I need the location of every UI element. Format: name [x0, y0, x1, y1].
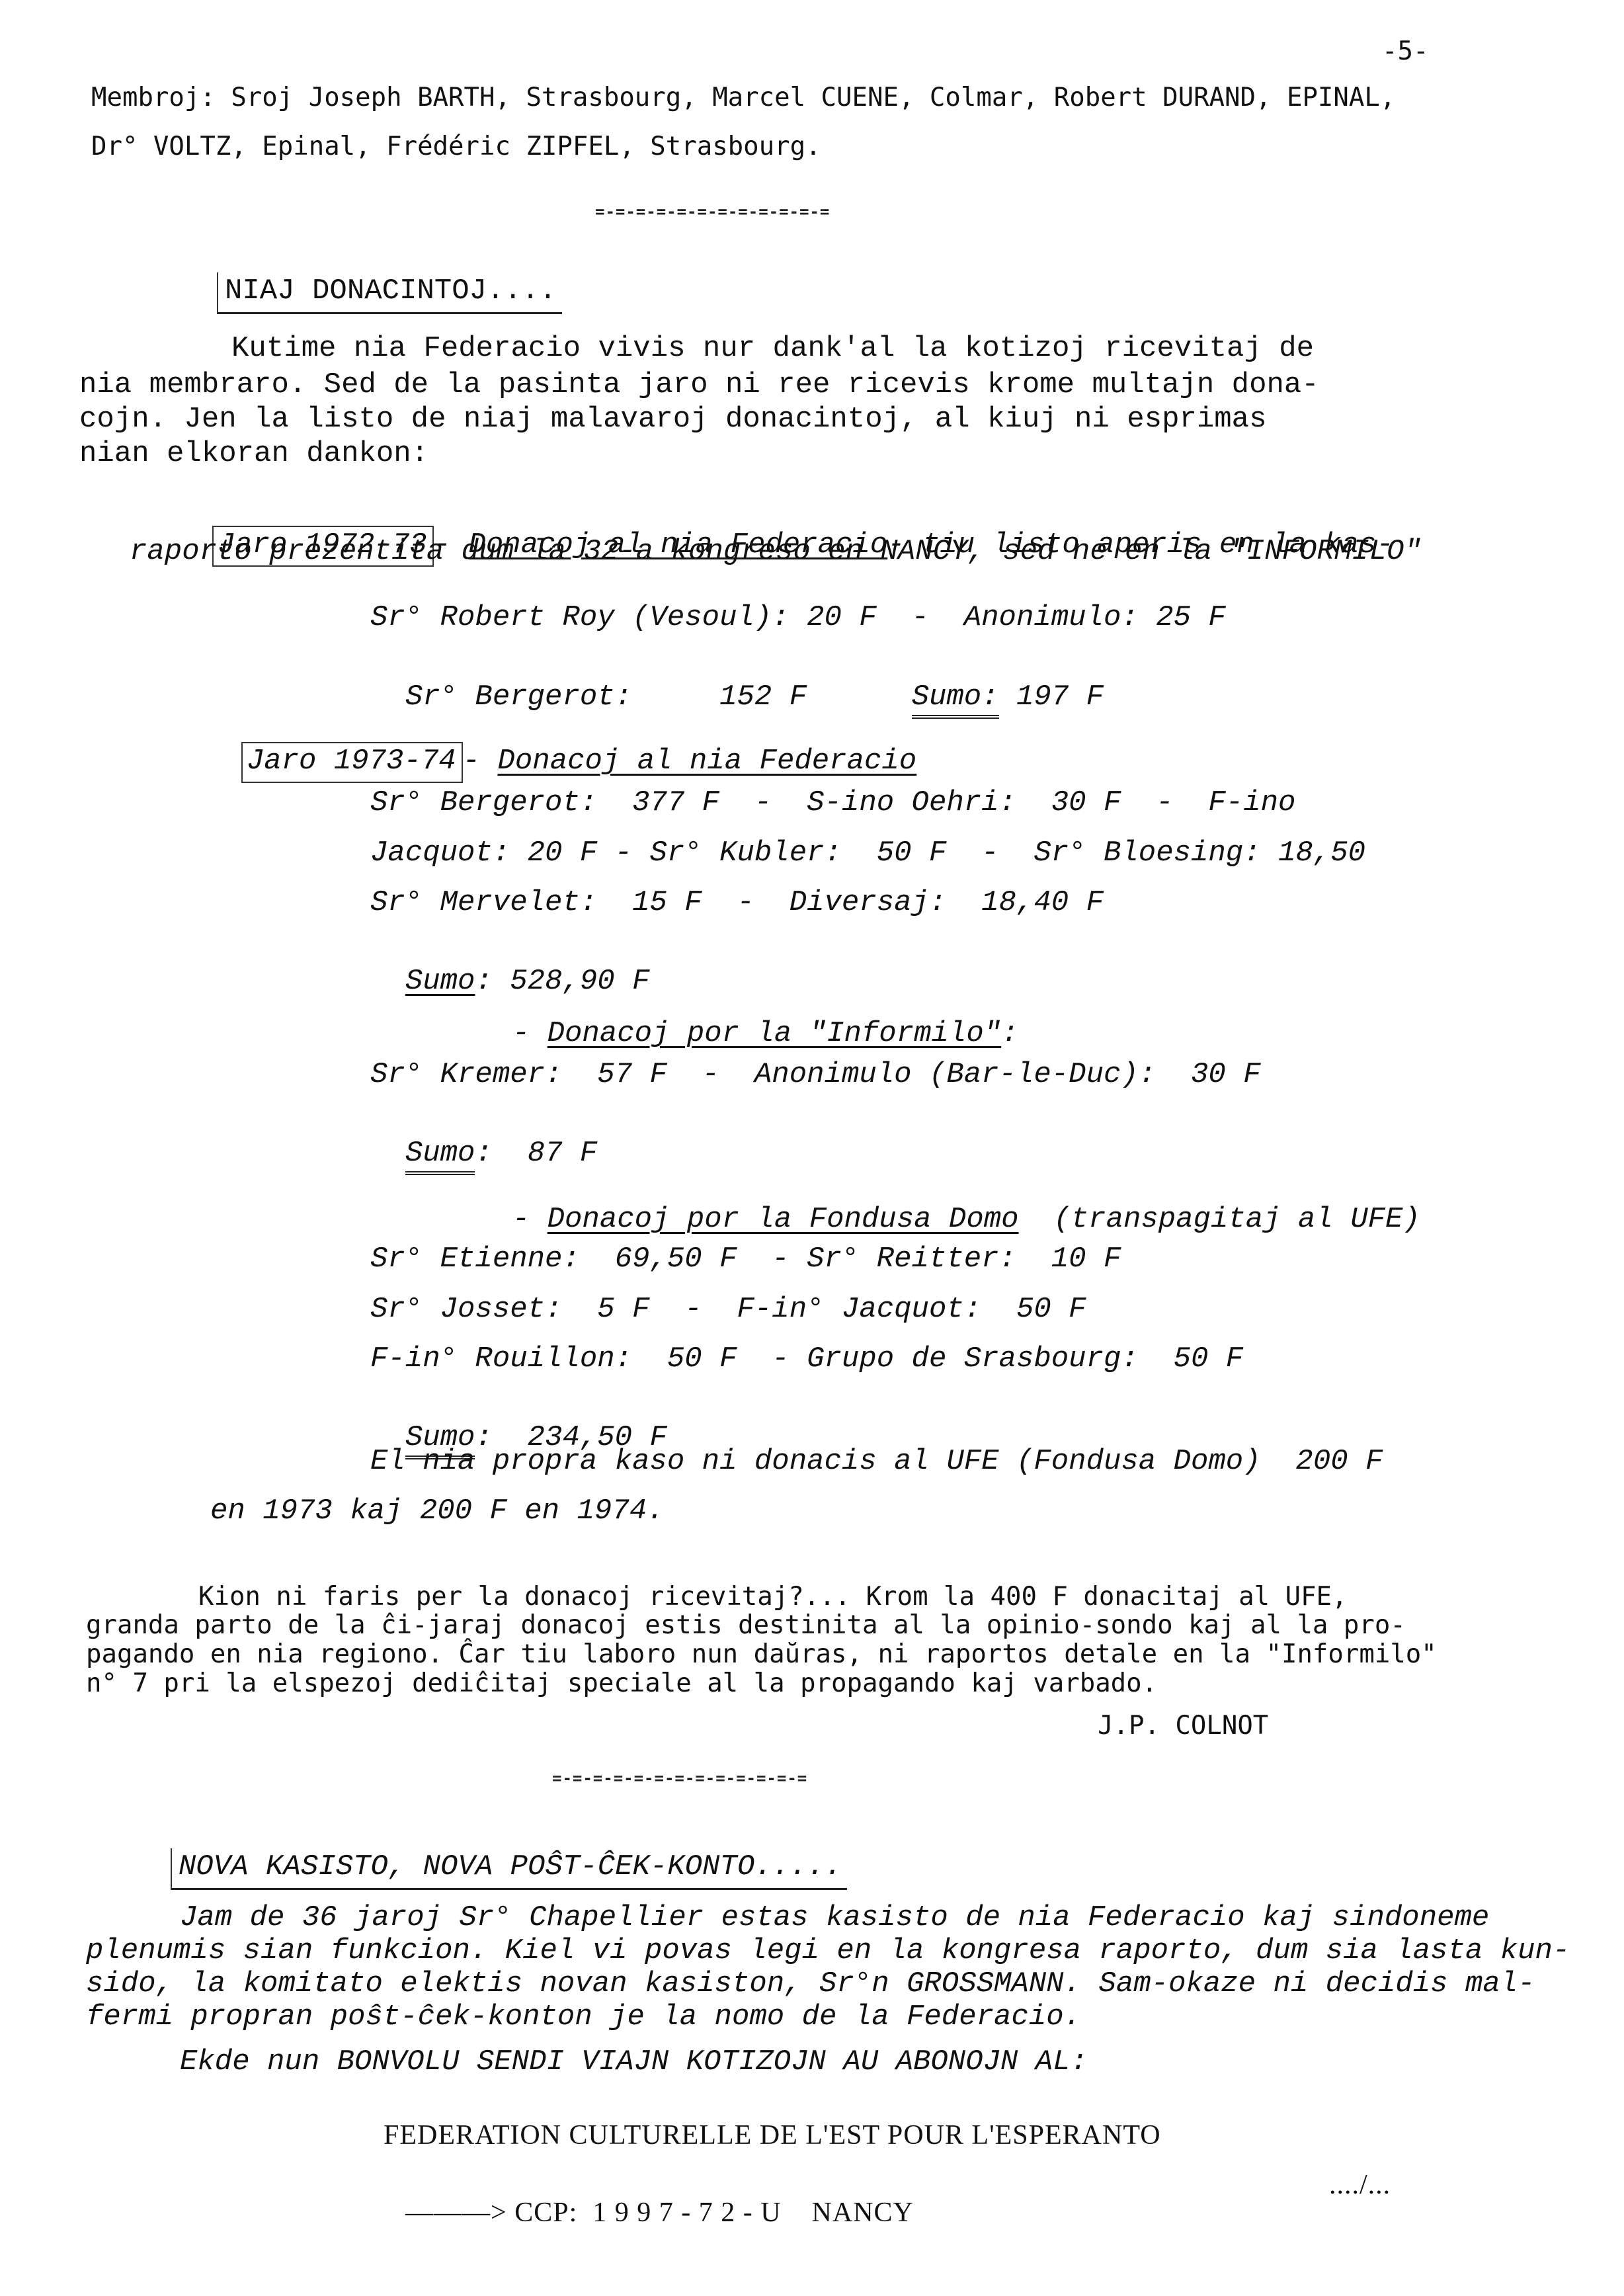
treasurer-line-3: sido, la komitato elektis novan kasiston… — [86, 1969, 1535, 1998]
informilo-title: Donacoj por la "Informilo" — [548, 1017, 1002, 1050]
informilo-line-1: Sr° Kremer: 57 F - Anonimulo (Bar-le-Duc… — [370, 1060, 1261, 1089]
year-1973-title: Donacoj al nia Federacio — [497, 745, 916, 778]
year-1973-row: Jaro 1973-74- Donacoj al nia Federacio — [206, 717, 916, 776]
donors-intro-line-1: Kutime nia Federacio vivis nur dank'al l… — [231, 334, 1314, 363]
separator-2: =-=-=-=-=-=-=-=-=-=-=-=-= — [552, 1770, 807, 1786]
informilo-sum-label: Sumo — [405, 1137, 475, 1175]
domo-dash: - — [512, 1203, 530, 1236]
usage-line-1: Kion ni faris per la donacoj ricevitaj?.… — [198, 1584, 1348, 1610]
donors-intro-line-2: nia membraro. Sed de la pasinta jaro ni … — [79, 370, 1319, 399]
usage-line-4: n° 7 pri la elspezoj dediĉitaj speciale … — [86, 1670, 1157, 1696]
domo-title: Donacoj por la Fondusa Domo — [548, 1203, 1019, 1236]
federacio-sum: Sumo: 528,90 F — [370, 938, 649, 996]
signature: J.P. COLNOT — [1098, 1713, 1268, 1739]
federacio-line-3: Sr° Mervelet: 15 F - Diversaj: 18,40 F — [370, 888, 1104, 917]
own-donation-line-1: El nia propra kaso ni donacis al UFE (Fo… — [370, 1447, 1383, 1476]
donors-intro-line-3: cojn. Jen la listo de niaj malavaroj don… — [79, 405, 1267, 434]
year-1973-label: Jaro 1973-74 — [241, 742, 463, 783]
treasurer-line-4: fermi propran poŝt-ĉek-konton je la nomo… — [86, 2002, 1081, 2031]
informilo-dash: - — [512, 1017, 530, 1050]
account-row: ———> CCP: 1 9 9 7 - 7 2 - U NANCY — [390, 2171, 914, 2227]
domo-line-3: F-in° Rouillon: 50 F - Grupo de Srasbour… — [370, 1344, 1243, 1373]
treasurer-line-2: plenumis sian funkcion. Kiel vi povas le… — [86, 1936, 1570, 1965]
domo-heading: - Donacoj por la Fondusa Domo (transpagi… — [477, 1176, 1420, 1234]
year-1973-dash: - — [463, 745, 480, 778]
treasurer-heading: NOVA KASISTO, NOVA POŜT-ĈEK-KONTO..... — [171, 1848, 847, 1890]
own-donation-line-2: en 1973 kaj 200 F en 1974. — [210, 1496, 665, 1526]
arrow-right-icon: ———> — [405, 2197, 507, 2228]
domo-sum: Sumo: 234,50 F — [370, 1394, 667, 1452]
organization-name: FEDERATION CULTURELLE DE L'EST POUR L'ES… — [384, 2121, 1161, 2149]
year-1972-sum-label: Sumo: — [912, 680, 999, 719]
domo-line-2: Sr° Josset: 5 F - F-in° Jacquot: 50 F — [370, 1295, 1086, 1324]
informilo-colon: : — [1001, 1017, 1018, 1050]
domo-note: (transpagitaj al UFE) — [1053, 1203, 1420, 1236]
donors-heading: NIAJ DONACINTOJ.... — [217, 272, 562, 314]
domo-line-1: Sr° Etienne: 69,50 F - Sr° Reitter: 10 F — [370, 1245, 1121, 1274]
year-1972-entries-1: Sr° Robert Roy (Vesoul): 20 F - Anonimul… — [370, 603, 1226, 632]
federacio-line-1: Sr° Bergerot: 377 F - S-ino Oehri: 30 F … — [370, 788, 1295, 817]
usage-line-3: pagando en nia regiono. Ĉar tiu laboro n… — [86, 1641, 1437, 1667]
treasurer-instruction: Ekde nun BONVOLU SENDI VIAJN KOTIZOJN AU… — [180, 2047, 1088, 2076]
donors-intro-line-4: nian elkoran dankon: — [79, 439, 428, 468]
federacio-line-2: Jacquot: 20 F - Sr° Kubler: 50 F - Sr° B… — [370, 839, 1365, 868]
informilo-heading: - Donacoj por la "Informilo": — [477, 990, 1019, 1048]
informilo-sum: Sumo: 87 F — [370, 1110, 597, 1168]
continued-marker: ..../... — [1329, 2171, 1391, 2199]
federacio-sum-label: Sumo — [405, 965, 475, 998]
usage-line-2: granda parto de la ĉi-jaraj donacoj esti… — [86, 1612, 1406, 1638]
year-1972-sum-value: 197 F — [1016, 680, 1104, 714]
page-number: -5- — [1382, 38, 1428, 64]
year-1972-entries-2: Sr° Bergerot: 152 F Sumo: 197 F — [370, 653, 1104, 712]
year-1972-note-2: raporto prezentita dum la 32-a kongreso … — [130, 537, 1422, 566]
members-line-1: Membroj: Sroj Joseph BARTH, Strasbourg, … — [91, 85, 1395, 110]
year-1972-bergerot: Sr° Bergerot: 152 F — [405, 680, 807, 714]
separator-1: =-=-=-=-=-=-=-=-=-=-=-= — [595, 204, 830, 220]
informilo-sum-value: : 87 F — [475, 1137, 597, 1170]
members-line-2: Dr° VOLTZ, Epinal, Frédéric ZIPFEL, Stra… — [91, 134, 821, 159]
ccp-account: CCP: 1 9 9 7 - 7 2 - U NANCY — [514, 2197, 914, 2228]
treasurer-line-1: Jam de 36 jaroj Sr° Chapellier estas kas… — [180, 1903, 1489, 1932]
